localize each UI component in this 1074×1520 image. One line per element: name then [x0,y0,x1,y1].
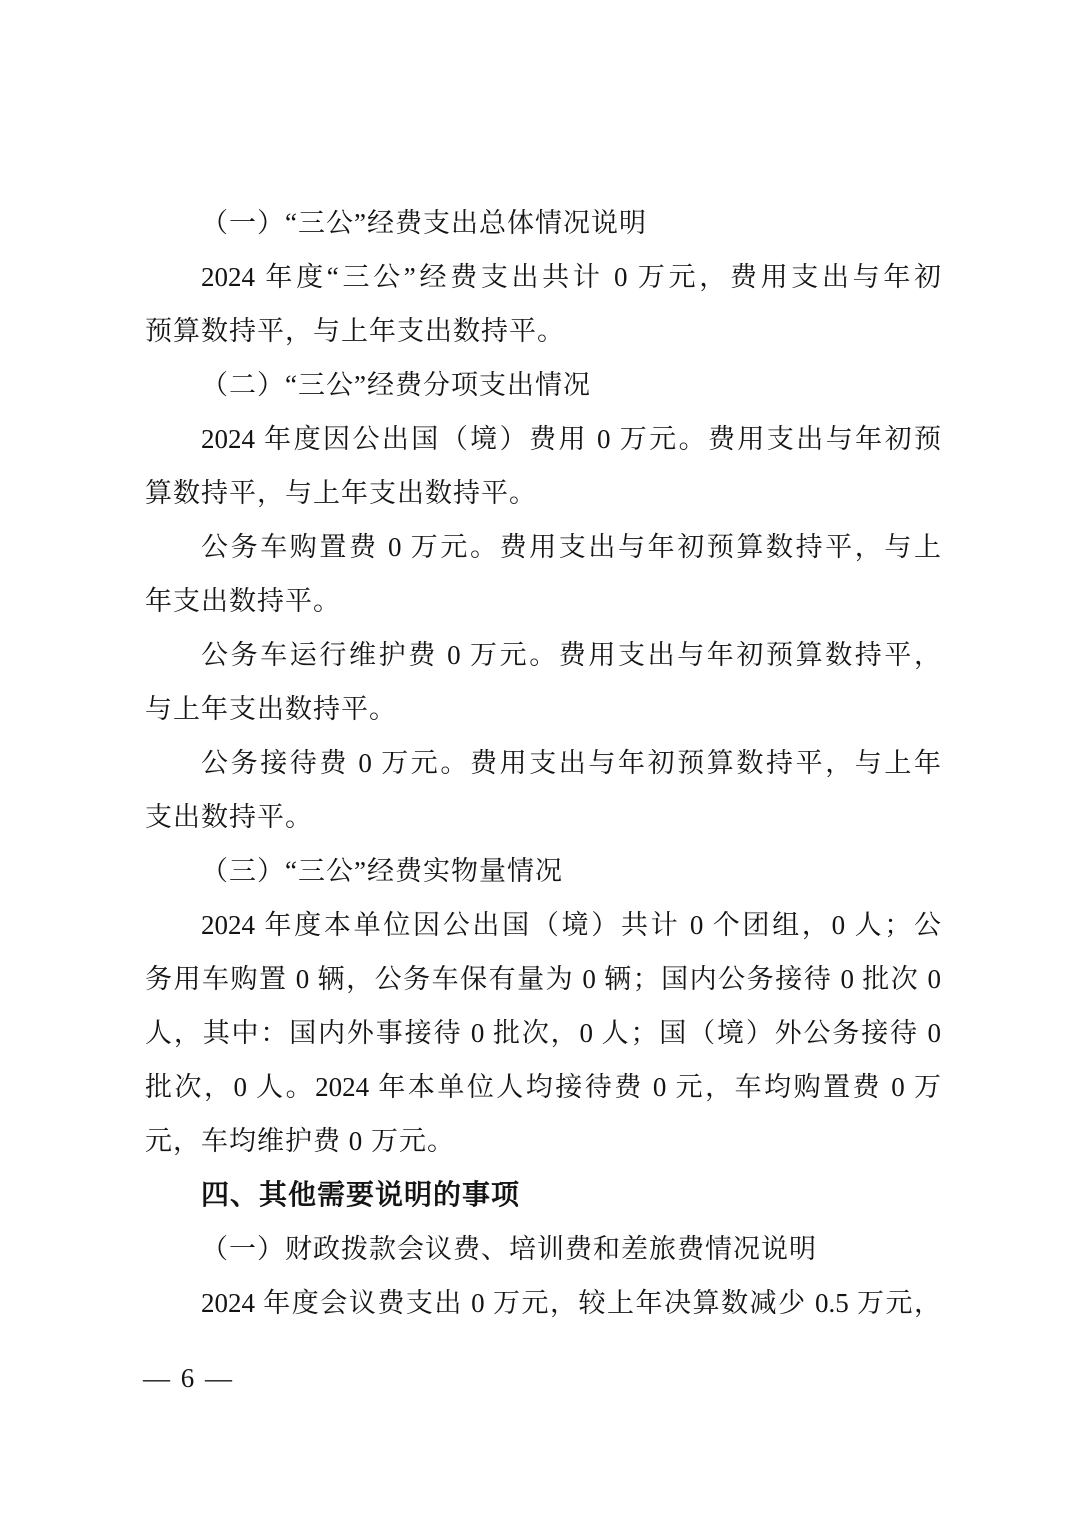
paragraph-line: 2024 年度因公出国（境）费用 0 万元。费用支出与年初预 [145,412,941,466]
paragraph-line: 元，车均维护费 0 万元。 [145,1114,941,1168]
subsection-heading-sangong-physical: （三）“三公”经费实物量情况 [145,844,941,898]
paragraph-line: 支出数持平。 [145,790,941,844]
paragraph-line: 务用车购置 0 辆，公务车保有量为 0 辆；国内公务接待 0 批次 0 [145,952,941,1006]
document-body: （一）“三公”经费支出总体情况说明 2024 年度“三公”经费支出共计 0 万元… [145,196,941,1330]
section-heading-other-matters: 四、其他需要说明的事项 [145,1168,941,1222]
paragraph-line: 与上年支出数持平。 [145,682,941,736]
paragraph-line: 人，其中：国内外事接待 0 批次，0 人；国（境）外公务接待 0 [145,1006,941,1060]
subsection-heading-sangong-itemized: （二）“三公”经费分项支出情况 [145,358,941,412]
page-number: — 6 — [143,1360,234,1396]
paragraph-line: 2024 年度会议费支出 0 万元，较上年决算数减少 0.5 万元， [145,1276,941,1330]
paragraph-line: 算数持平，与上年支出数持平。 [145,466,941,520]
paragraph-line: 预算数持平，与上年支出数持平。 [145,304,941,358]
paragraph-line: 年支出数持平。 [145,574,941,628]
subsection-heading-meeting-fees: （一）财政拨款会议费、培训费和差旅费情况说明 [145,1222,941,1276]
document-page: （一）“三公”经费支出总体情况说明 2024 年度“三公”经费支出共计 0 万元… [0,0,1074,1520]
paragraph-line: 2024 年度“三公”经费支出共计 0 万元，费用支出与年初 [145,250,941,304]
paragraph-line: 公务车购置费 0 万元。费用支出与年初预算数持平，与上 [145,520,941,574]
paragraph-line: 批次，0 人。2024 年本单位人均接待费 0 元，车均购置费 0 万 [145,1060,941,1114]
subsection-heading-sangong-overview: （一）“三公”经费支出总体情况说明 [145,196,941,250]
paragraph-line: 2024 年度本单位因公出国（境）共计 0 个团组，0 人；公 [145,898,941,952]
paragraph-line: 公务接待费 0 万元。费用支出与年初预算数持平，与上年 [145,736,941,790]
paragraph-line: 公务车运行维护费 0 万元。费用支出与年初预算数持平， [145,628,941,682]
